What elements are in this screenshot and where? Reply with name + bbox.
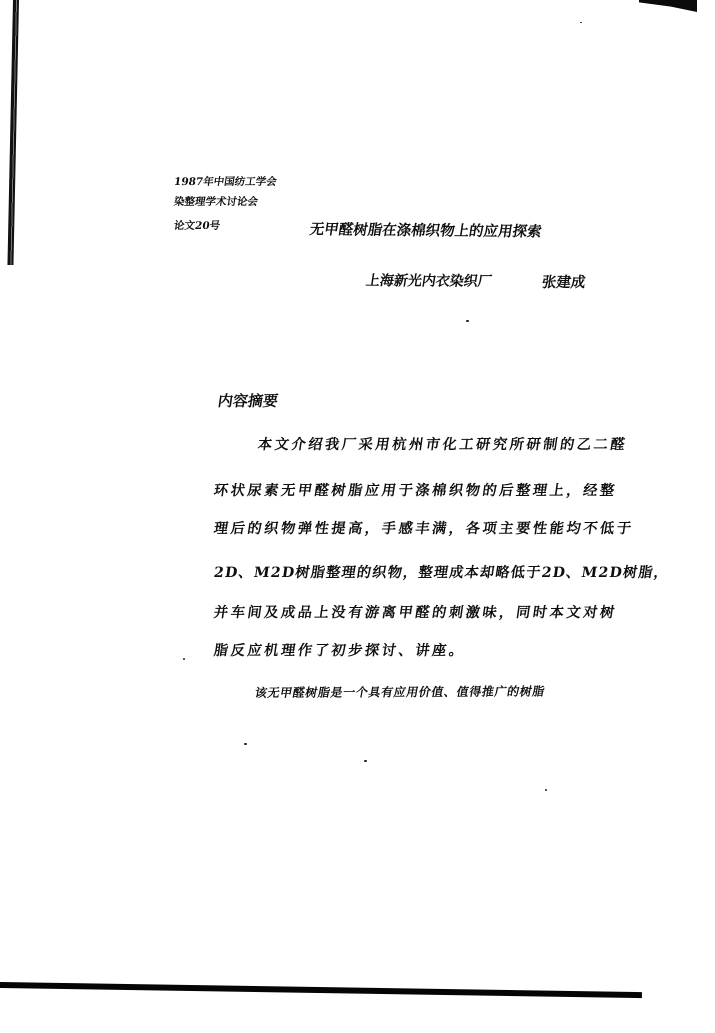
abstract-line-1: 本文介绍我厂采用杭州市化工研究所研制的乙二醛 (257, 434, 629, 454)
author-name: 张建成 (541, 271, 587, 292)
abstract-line-6: 脂反应机理作了初步探讨、讲座。 (213, 640, 468, 660)
abstract-line-5: 并车间及成品上没有游离甲醛的刺激味，同时本文对树 (213, 602, 619, 622)
scan-corner-shadow (639, 0, 697, 12)
scan-binding-edge (7, 0, 19, 265)
scan-speck (580, 22, 582, 23)
meeting-info-line-2: 染整理学术讨论会 (173, 194, 259, 209)
abstract-line-4: 2D、M2D树脂整理的织物，整理成本却略低于2D、M2D树脂， (213, 562, 671, 582)
paper-title: 无甲醛树脂在涤棉织物上的应用探索 (308, 218, 543, 241)
scan-bottom-edge (0, 982, 642, 998)
scan-speck (466, 320, 469, 322)
author-affiliation: 上海新光内衣染织厂 (365, 270, 494, 291)
scan-speck (244, 743, 247, 745)
closing-line: 该无甲醛树脂是一个具有应用价值、值得推广的树脂 (254, 682, 547, 701)
scan-speck (183, 658, 185, 660)
abstract-heading: 内容摘要 (217, 390, 280, 411)
scan-speck (364, 760, 367, 762)
meeting-info-line-1: 1987年中国纺工学会 (173, 174, 278, 189)
abstract-line-3: 理后的织物弹性提高，手感丰满，各项主要性能均不低于 (213, 518, 636, 538)
paper-number: 论文20号 (173, 218, 221, 233)
abstract-line-2: 环状尿素无甲醛树脂应用于涤棉织物的后整理上，经整 (213, 480, 619, 500)
scan-speck (545, 789, 547, 791)
scanned-page: 1987年中国纺工学会 染整理学术讨论会 论文20号 无甲醛树脂在涤棉织物上的应… (0, 0, 715, 1033)
